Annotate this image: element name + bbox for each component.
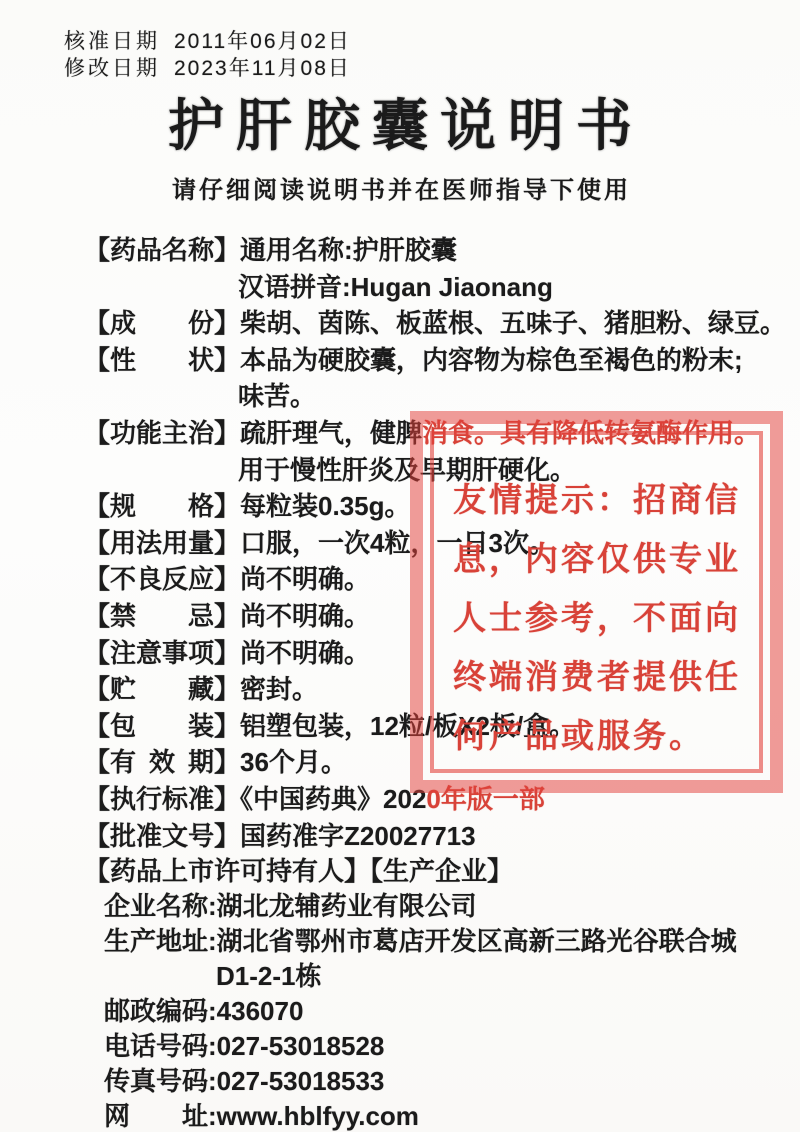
label-char: 治 [188, 415, 214, 452]
field-text: 《中国药典》202 [240, 784, 426, 814]
stamp-line: 何产品或服务。 [453, 706, 753, 765]
label-char: 规 [110, 488, 136, 525]
bracket-close: 】 [214, 528, 240, 558]
field-label: 贮藏 [110, 671, 214, 708]
label-char: 用 [110, 525, 136, 562]
field-label: 有效期 [110, 744, 214, 781]
label-char: 品 [136, 232, 162, 269]
field-text: 味苦。 [238, 381, 316, 411]
page-subtitle: 请仔细阅读说明书并在医师指导下使用 [0, 170, 800, 205]
field-text: 尚不明确。 [240, 564, 370, 594]
field-text: 网 址:www.hblfyy.com [104, 1101, 419, 1131]
bracket-close: 】 [214, 674, 240, 704]
row-address-cont: D1-2-1栋 [0, 959, 800, 994]
field-label: 药品名称 [110, 232, 214, 269]
label-char: 期 [188, 744, 214, 781]
field-text: 尚不明确。 [240, 638, 370, 668]
field-text: 传真号码:027-53018533 [104, 1066, 384, 1096]
row-approval-no: 【批准文号】国药准字Z20027713 [0, 818, 800, 855]
field-text: 尚不明确。 [240, 601, 370, 631]
field-text: 疏肝理气，健脾 [240, 418, 422, 448]
field-text: 密封。 [240, 674, 318, 704]
field-label: 规格 [110, 488, 214, 525]
label-char: 注 [110, 635, 136, 672]
revision-date-label: 修改日期 [64, 57, 160, 80]
field-text: 本品为硬胶囊，内容物为棕色至褐色的粉末; [240, 345, 743, 375]
field-text: D1-2-1栋 [216, 961, 321, 991]
field-label: 批准文号 [110, 818, 214, 855]
label-char: 用 [162, 525, 188, 562]
field-label: 禁忌 [110, 598, 214, 635]
row-fax: 传真号码:027-53018533 [0, 1064, 800, 1099]
revision-date-row: 修改日期2023年11月08日 [64, 55, 351, 82]
approval-date-value: 2011年06月02日 [174, 30, 351, 53]
label-char: 项 [188, 635, 214, 672]
row-phone: 电话号码:027-53018528 [0, 1029, 800, 1064]
stamp-line: 人士参考，不面向 [453, 588, 753, 647]
field-text: 汉语拼音:Hugan Jiaonang [238, 272, 553, 302]
bracket-close: 】 [214, 308, 240, 338]
stamp-line: 息，内容仅供专业 [453, 529, 753, 588]
row-character-cont: 味苦。 [0, 378, 800, 415]
row-postcode: 邮政编码:436070 [0, 994, 800, 1029]
label-char: 禁 [110, 598, 136, 635]
label-char: 事 [162, 635, 188, 672]
field-label: 不良反应 [110, 561, 214, 598]
field-text: 生产地址:湖北省鄂州市葛店开发区高新三路光谷联合城 [104, 926, 737, 956]
bracket-close: 】 [214, 821, 240, 851]
bracket-open: 【 [84, 308, 110, 338]
revision-date-value: 2023年11月08日 [174, 57, 351, 80]
bracket-open: 【 [84, 784, 110, 814]
bracket-open: 【 [84, 821, 110, 851]
field-label: 性状 [110, 342, 214, 379]
field-label: 成份 [110, 305, 214, 342]
row-address: 生产地址:湖北省鄂州市葛店开发区高新三路光谷联合城 [0, 924, 800, 959]
label-char: 装 [188, 708, 214, 745]
approval-date-row: 核准日期2011年06月02日 [64, 28, 351, 55]
stamp-line: 友情提示：招商信 [453, 470, 753, 529]
field-text: 柴胡、茵陈、板蓝根、五味子、猪胆粉、绿豆。 [240, 308, 786, 338]
bracket-open: 【 [84, 345, 110, 375]
label-char: 量 [188, 525, 214, 562]
label-char: 能 [136, 415, 162, 452]
row-company-name: 企业名称:湖北龙辅药业有限公司 [0, 889, 800, 924]
label-char: 准 [136, 818, 162, 855]
label-char: 意 [136, 635, 162, 672]
row-pinyin: 汉语拼音:Hugan Jiaonang [0, 269, 800, 306]
label-char: 贮 [110, 671, 136, 708]
field-text: 36个月。 [240, 747, 347, 777]
field-label: 用法用量 [110, 525, 214, 562]
bracket-open: 【 [84, 601, 110, 631]
label-char: 功 [110, 415, 136, 452]
bracket-close: 】 [214, 235, 240, 265]
bracket-open: 【 [84, 418, 110, 448]
bracket-close: 】 [214, 747, 240, 777]
bracket-open: 【 [84, 564, 110, 594]
row-holder-manufacturer: 【药品上市许可持有人】【生产企业】 [0, 854, 800, 889]
bracket-close: 】 [214, 345, 240, 375]
bracket-open: 【 [84, 491, 110, 521]
label-char: 主 [162, 415, 188, 452]
row-ingredients: 【成份】柴胡、茵陈、板蓝根、五味子、猪胆粉、绿豆。 [0, 305, 800, 342]
label-char: 准 [188, 781, 214, 818]
bracket-open: 【 [84, 528, 110, 558]
label-char: 有 [110, 744, 136, 781]
bracket-close: 】 [214, 601, 240, 631]
label-char: 标 [162, 781, 188, 818]
label-char: 藏 [188, 671, 214, 708]
bracket-open: 【 [84, 674, 110, 704]
field-text: 企业名称:湖北龙辅药业有限公司 [104, 891, 477, 921]
label-char: 性 [110, 342, 136, 379]
bracket-close: 】 [214, 491, 240, 521]
label-char: 号 [188, 818, 214, 855]
label-char: 份 [188, 305, 214, 342]
label-char: 执 [110, 781, 136, 818]
field-text: 电话号码:027-53018528 [104, 1031, 384, 1061]
label-char: 反 [162, 561, 188, 598]
row-drug-name: 【药品名称】通用名称:护肝胶囊 [0, 232, 800, 269]
label-char: 法 [136, 525, 162, 562]
promo-stamp: 友情提示：招商信息，内容仅供专业人士参考，不面向终端消费者提供任何产品或服务。 [410, 411, 783, 793]
field-label: 功能主治 [110, 415, 214, 452]
label-char: 文 [162, 818, 188, 855]
label-char: 包 [110, 708, 136, 745]
bracket-close: 】 [214, 638, 240, 668]
stamp-line: 终端消费者提供任 [453, 647, 753, 706]
field-text: 邮政编码:436070 [104, 996, 303, 1026]
bracket-open: 【 [84, 638, 110, 668]
field-text: 国药准字Z20027713 [240, 821, 476, 851]
field-label: 包装 [110, 708, 214, 745]
label-char: 名 [162, 232, 188, 269]
promo-stamp-text: 友情提示：招商信息，内容仅供专业人士参考，不面向终端消费者提供任何产品或服务。 [453, 470, 753, 765]
bracket-open: 【 [84, 711, 110, 741]
bracket-close: 】 [214, 784, 240, 814]
label-char: 不 [110, 561, 136, 598]
label-char: 效 [149, 744, 175, 781]
field-text: 每粒装0.35g。 [240, 491, 411, 521]
label-char: 药 [110, 232, 136, 269]
leaflet-page: 核准日期2011年06月02日 修改日期2023年11月08日 护肝胶囊说明书 … [0, 0, 800, 1132]
row-website: 网 址:www.hblfyy.com [0, 1099, 800, 1132]
label-char: 成 [110, 305, 136, 342]
label-char: 忌 [188, 598, 214, 635]
bracket-close: 】 [214, 711, 240, 741]
field-label: 【药品上市许可持有人】【生产企业】 [84, 856, 513, 886]
field-text: 通用名称:护肝胶囊 [240, 235, 457, 265]
label-char: 行 [136, 781, 162, 818]
label-char: 状 [188, 342, 214, 379]
approval-date-label: 核准日期 [64, 30, 160, 53]
label-char: 良 [136, 561, 162, 598]
label-char: 称 [188, 232, 214, 269]
bracket-open: 【 [84, 235, 110, 265]
bracket-close: 】 [214, 564, 240, 594]
label-char: 批 [110, 818, 136, 855]
page-title: 护肝胶囊说明书 [0, 82, 800, 162]
date-block: 核准日期2011年06月02日 修改日期2023年11月08日 [64, 28, 351, 82]
label-char: 格 [188, 488, 214, 525]
field-label: 执行标准 [110, 781, 214, 818]
bracket-close: 】 [214, 418, 240, 448]
row-character: 【性状】本品为硬胶囊，内容物为棕色至褐色的粉末; [0, 342, 800, 379]
field-label: 注意事项 [110, 635, 214, 672]
bracket-open: 【 [84, 747, 110, 777]
label-char: 应 [188, 561, 214, 598]
